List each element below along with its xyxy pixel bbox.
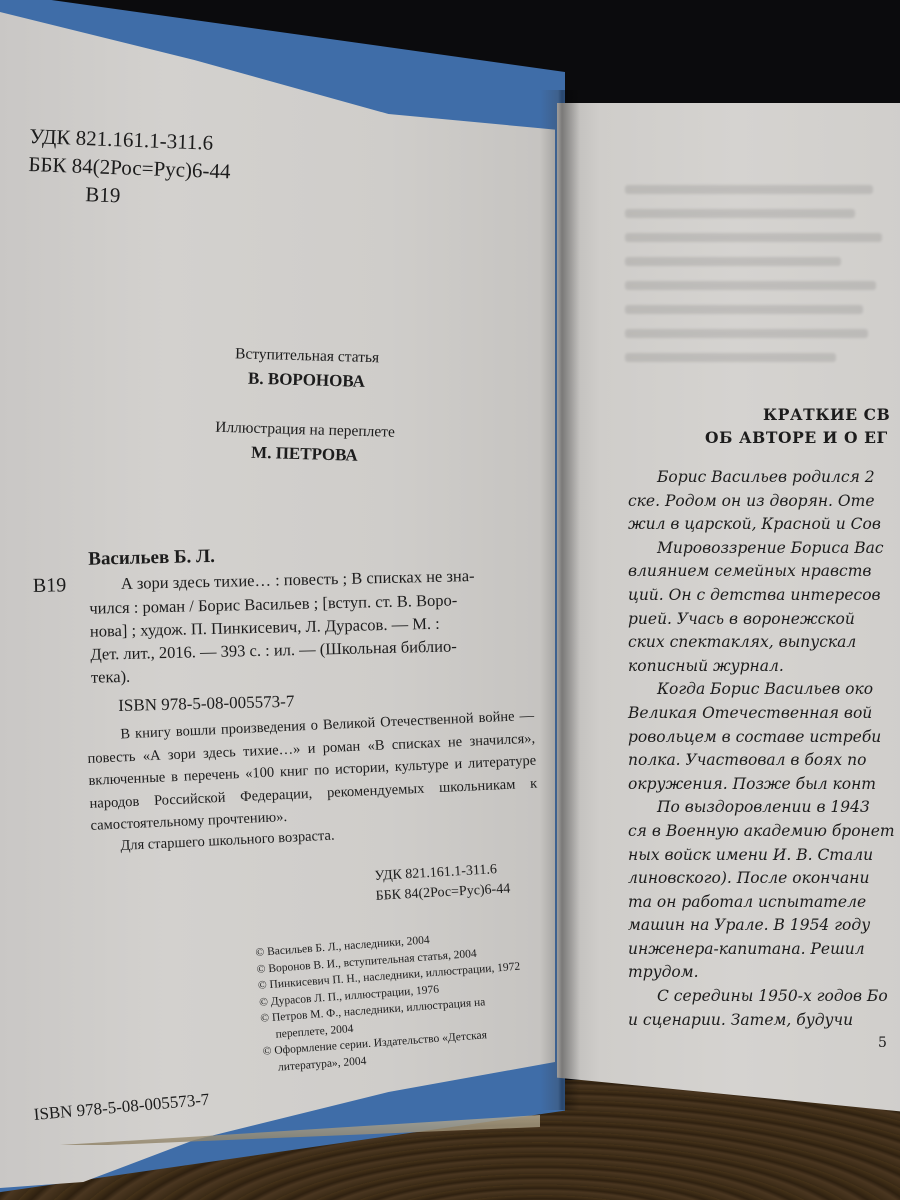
biography-line: и сценарии. Затем, будучи bbox=[628, 1009, 900, 1033]
section-heading: КРАТКИЕ СВ bbox=[763, 402, 890, 427]
biography-line: трудом. bbox=[628, 961, 900, 985]
biography-line: ровольцем в составе истреби bbox=[628, 726, 900, 750]
book-photo: УДК 821.161.1-311.6 ББК 84(2Рос=Рус)6-44… bbox=[0, 0, 900, 1200]
biography-line: Великая Отечественная вой bbox=[628, 702, 900, 726]
biography-line: ся в Военную академию бронет bbox=[628, 820, 900, 844]
copyright-list: © Васильев Б. Л., наследники, 2004© Воро… bbox=[255, 926, 527, 1077]
biography-line: машин на Урале. В 1954 году bbox=[628, 914, 900, 938]
biography-line: жил в царской, Красной и Сов bbox=[628, 513, 900, 537]
biography-line: ске. Родом он из дворян. Оте bbox=[628, 490, 900, 514]
biography-line: инженера-капитана. Решил bbox=[628, 938, 900, 962]
biography-line: рией. Учась в воронежской bbox=[628, 608, 900, 632]
biography-line: Борис Васильев родился 2 bbox=[628, 466, 900, 490]
bleed-through-text bbox=[625, 185, 895, 377]
classification-block: УДК 821.161.1-311.6 ББК 84(2Рос=Рус)6-44… bbox=[27, 122, 232, 213]
biography-line: Когда Борис Васильев око bbox=[628, 678, 900, 702]
biography-line: та он работал испытателе bbox=[628, 891, 900, 915]
annotation-text: В книгу вошли произведения о Великой Оте… bbox=[86, 705, 539, 838]
biography-line: ных войск имени И. В. Стали bbox=[628, 844, 900, 868]
biography-line: ций. Он с детства интересов bbox=[628, 584, 900, 608]
biography-line: влиянием семейных нравств bbox=[628, 560, 900, 584]
section-heading-line2: ОБ АВТОРЕ И О ЕГ bbox=[705, 428, 888, 447]
biography-line: полка. Участвовал в боях по bbox=[628, 749, 900, 773]
classification-repeat: УДК 821.161.1-311.6 ББК 84(2Рос=Рус)6-44 bbox=[374, 859, 511, 906]
biography-line: Мировоззрение Бориса Вас bbox=[628, 537, 900, 561]
author-biography: Борис Васильев родился 2ске. Родом он из… bbox=[628, 466, 900, 1032]
credits-block: Вступительная статья В. ВОРОНОВА Иллюстр… bbox=[187, 342, 425, 471]
biography-line: По выздоровлении в 1943 bbox=[628, 796, 900, 820]
biography-line: ских спектаклях, выпускал bbox=[628, 631, 900, 655]
biography-line: линовского). После окончани bbox=[628, 867, 900, 891]
biography-line: С середины 1950-х годов Бо bbox=[628, 985, 900, 1009]
book-gutter bbox=[540, 90, 580, 1110]
page-number: 5 bbox=[878, 1035, 887, 1051]
biography-line: окружения. Позже был конт bbox=[628, 773, 900, 797]
bibliographic-record: Васильев Б. Л. В19 А зори здесь тихие… :… bbox=[32, 537, 515, 690]
biography-line: кописный журнал. bbox=[628, 655, 900, 679]
record-code: В19 bbox=[33, 573, 90, 598]
